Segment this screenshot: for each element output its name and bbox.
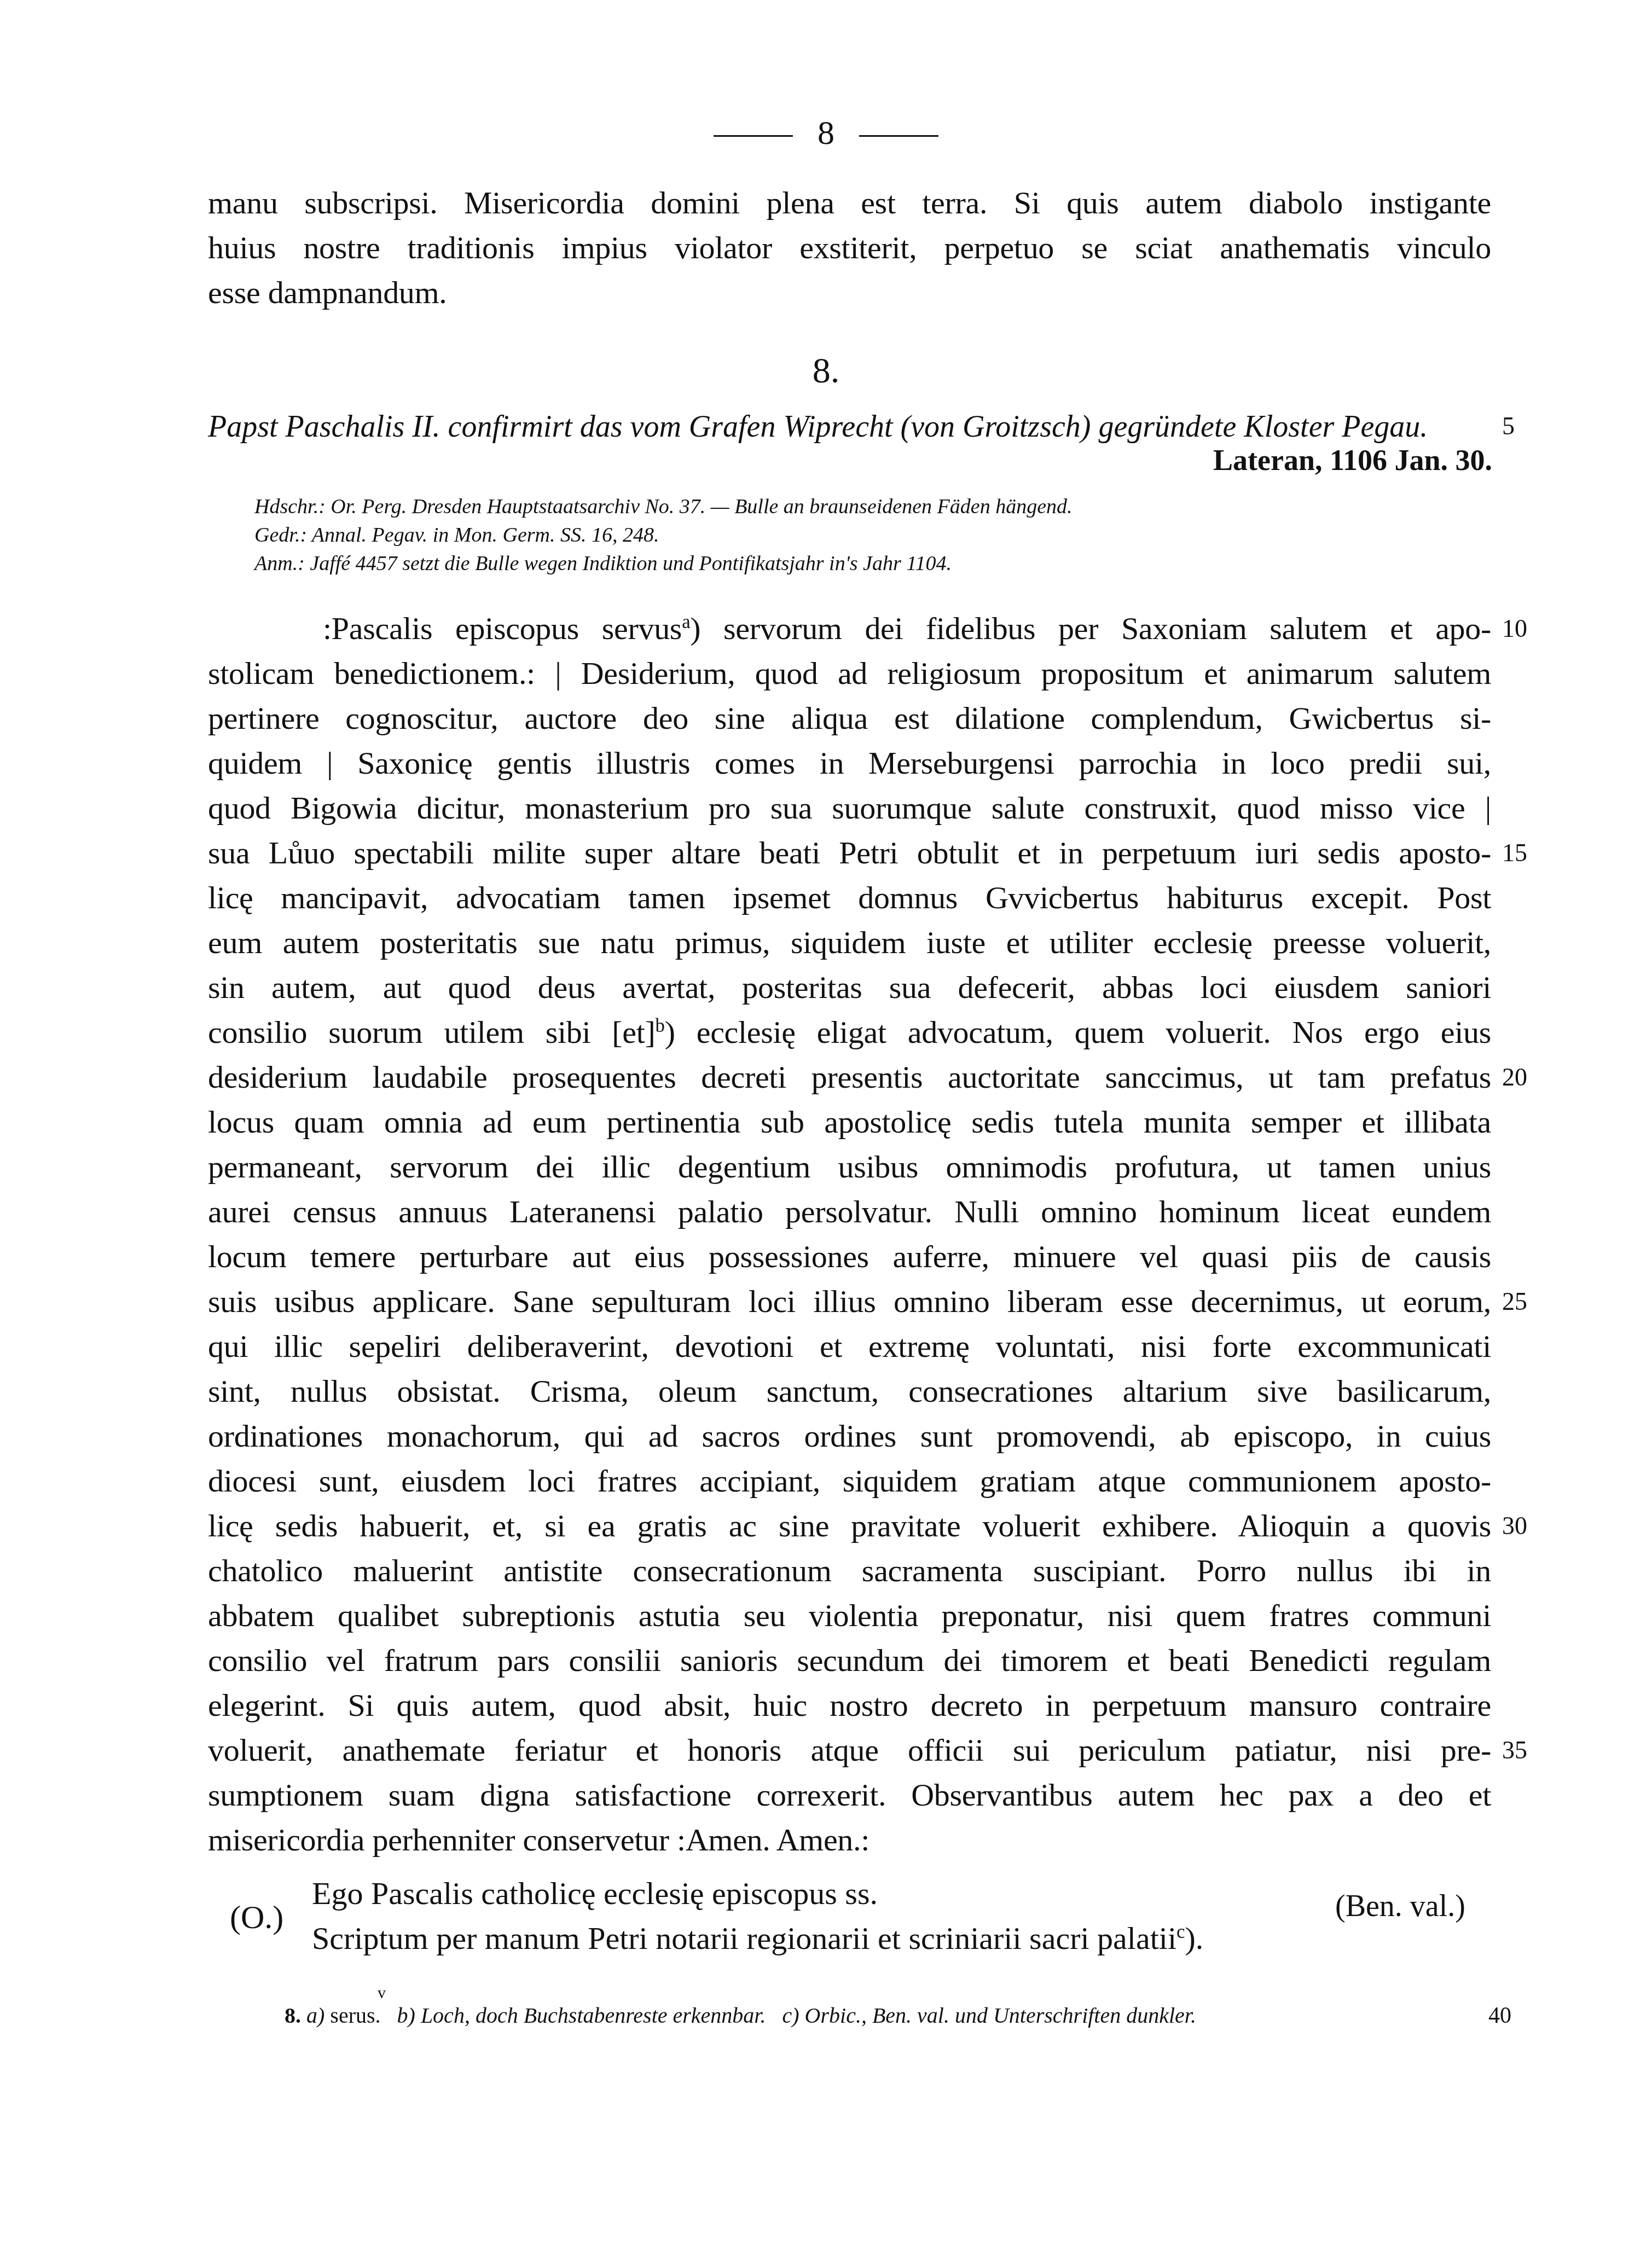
body-line: ordinationes monachorum, qui ad sacros o… [208, 1414, 1491, 1459]
body-line-text: sint, nullus obsistat. Crisma, oleum san… [208, 1373, 1491, 1409]
page-header: 8 [0, 114, 1652, 153]
continuation-line: huius nostre traditionis impius violator… [208, 225, 1491, 270]
header-dash-right [859, 135, 938, 137]
body-line: pertinere cognoscitur, auctore deo sine … [208, 696, 1491, 741]
page-number: 8 [818, 114, 834, 152]
footnote-c-label: c) [782, 2003, 799, 2028]
line-number: 10 [1502, 614, 1527, 643]
scribe-end: ). [1185, 1920, 1203, 1956]
body-line-text: misericordia perhenniter conservetur :Am… [208, 1822, 870, 1858]
body-line-rest: ) servorum dei fidelibus per Saxoniam sa… [690, 611, 1491, 646]
document-number: 8. [0, 350, 1652, 392]
body-line-text: aurei census annuus Lateranensi palatio … [208, 1194, 1491, 1229]
body-line: desiderium laudabile prosequentes decret… [208, 1055, 1491, 1100]
body-line-text: pertinere cognoscitur, auctore deo sine … [208, 700, 1491, 736]
scribe-subscription: Scriptum per manum Petri notarii regiona… [312, 1916, 1203, 1961]
body-line: consilio vel fratrum pars consilii sanio… [208, 1638, 1491, 1683]
body-line-text: suis usibus applicare. Sane sepulturam l… [208, 1284, 1491, 1319]
line-number: 30 [1502, 1511, 1527, 1540]
body-line-text: qui illic sepeliri deliberaverint, devot… [208, 1328, 1491, 1364]
subscription-lines: Ego Pascalis catholicę ecclesię episcopu… [312, 1871, 1203, 1961]
footnote-ref: a [682, 611, 690, 632]
body-line-text: locus quam omnia ad eum pertinentia sub … [208, 1104, 1491, 1140]
body-line: eum autem posteritatis sue natu primus, … [208, 920, 1491, 965]
footnote-a-label: a) [306, 2003, 324, 2028]
continuation-text: manu subscripsi. Misericordia domini ple… [208, 181, 1491, 315]
continuation-line: manu subscripsi. Misericordia domini ple… [208, 181, 1491, 225]
body-line-text: sua Lůuo spectabili milite super altare … [208, 835, 1491, 870]
body-line: :Pascalis episcopus servusa) servorum de… [208, 606, 1491, 651]
body-line-rest: ) ecclesię eligat advocatum, quem voluer… [665, 1014, 1491, 1050]
line-number: 35 [1502, 1736, 1527, 1765]
footnote-c-text: Orbic., Ben. val. und Unterschriften dun… [805, 2003, 1196, 2028]
note-manuscript: Hdschr.: Or. Perg. Dresden Hauptstaatsar… [254, 492, 1073, 521]
document-page: 8 manu subscripsi. Misericordia domini p… [0, 0, 1652, 2246]
place-date: Lateran, 1106 Jan. 30. [1213, 443, 1492, 477]
body-line: licę sedis habuerit, et, si ea gratis ac… [208, 1504, 1491, 1548]
body-line-text: voluerit, anathemate feriatur et honoris… [208, 1732, 1491, 1768]
body-line-text: quidem | Saxonicę gentis illustris comes… [208, 745, 1491, 781]
body-line: diocesi sunt, eiusdem loci fratres accip… [208, 1459, 1491, 1504]
body-line-text: sin autem, aut quod deus avertat, poster… [208, 970, 1491, 1005]
body-line: consilio suorum utilem sibi [et]b) eccle… [208, 1010, 1491, 1055]
body-line-text: eum autem posteritatis sue natu primus, … [208, 925, 1491, 960]
line-number: 5 [1502, 411, 1515, 440]
footnote-a-text: serus. [330, 2003, 380, 2028]
body-line-text: ordinationes monachorum, qui ad sacros o… [208, 1418, 1491, 1454]
footnote-doc-number: 8. [285, 2003, 301, 2028]
body-line-text: consilio suorum utilem sibi [et] [208, 1014, 656, 1050]
body-line-text: consilio vel fratrum pars consilii sanio… [208, 1643, 1491, 1678]
line-number: 15 [1502, 838, 1527, 867]
footnote-b-text: Loch, doch Buchstabenreste erkennbar. [421, 2003, 766, 2028]
rota-mark: (O.) [230, 1899, 283, 1936]
note-printed: Gedr.: Annal. Pegav. in Mon. Germ. SS. 1… [254, 521, 1073, 549]
document-title: Papst Paschalis II. confirmirt das vom G… [208, 409, 1491, 444]
body-line: sint, nullus obsistat. Crisma, oleum san… [208, 1369, 1491, 1414]
line-number: 20 [1502, 1063, 1527, 1092]
body-line: sua Lůuo spectabili milite super altare … [208, 831, 1491, 875]
body-line-text: quod Bigowia dicitur, monasterium pro su… [208, 790, 1491, 826]
body-line-text: abbatem qualibet subreptionis astutia se… [208, 1598, 1491, 1633]
body-line: misericordia perhenniter conservetur :Am… [208, 1818, 1491, 1862]
body-line-text: permaneant, servorum dei illic degentium… [208, 1149, 1491, 1185]
body-line: sin autem, aut quod deus avertat, poster… [208, 965, 1491, 1010]
header-dash-left [714, 135, 793, 137]
line-number: 40 [1488, 2003, 1511, 2029]
body-line: elegerint. Si quis autem, quod absit, hu… [208, 1683, 1491, 1728]
bene-valete-mark: (Ben. val.) [1335, 1889, 1465, 1924]
caron-mark: v [378, 1984, 386, 2003]
body-line: voluerit, anathemate feriatur et honoris… [208, 1728, 1491, 1773]
body-line-text: licę mancipavit, advocatiam tamen ipseme… [208, 880, 1491, 915]
body-line-text: licę sedis habuerit, et, si ea gratis ac… [208, 1508, 1491, 1543]
continuation-line: esse dampnandum. [208, 270, 1491, 315]
body-line-text: locum temere perturbare aut eius possess… [208, 1239, 1491, 1274]
body-line-text: sumptionem suam digna satisfactione corr… [208, 1777, 1491, 1813]
body-line: aurei census annuus Lateranensi palatio … [208, 1189, 1491, 1234]
body-line: stolicam benedictionem.: | Desiderium, q… [208, 651, 1491, 696]
editorial-notes: Hdschr.: Or. Perg. Dresden Hauptstaatsar… [254, 492, 1073, 578]
footnote-b-label: b) [397, 2003, 415, 2028]
document-body: :Pascalis episcopus servusa) servorum de… [208, 606, 1491, 1862]
body-line: permaneant, servorum dei illic degentium… [208, 1145, 1491, 1189]
scribe-text: Scriptum per manum Petri notarii regiona… [312, 1920, 1176, 1956]
body-line-text: chatolico maluerint antistite consecrati… [208, 1553, 1491, 1588]
body-line: quod Bigowia dicitur, monasterium pro su… [208, 786, 1491, 831]
body-line-text: :Pascalis episcopus servus [323, 611, 682, 646]
footnote-ref: b [656, 1015, 665, 1036]
body-line-text: diocesi sunt, eiusdem loci fratres accip… [208, 1463, 1491, 1499]
pope-subscription: Ego Pascalis catholicę ecclesię episcopu… [312, 1871, 1203, 1916]
footnote-ref-c: c [1176, 1921, 1185, 1942]
body-line: quidem | Saxonicę gentis illustris comes… [208, 741, 1491, 786]
body-line-text: stolicam benedictionem.: | Desiderium, q… [208, 655, 1491, 691]
note-remark: Anm.: Jaffé 4457 setzt die Bulle wegen I… [254, 549, 1073, 578]
body-line: qui illic sepeliri deliberaverint, devot… [208, 1324, 1491, 1369]
body-line: chatolico maluerint antistite consecrati… [208, 1548, 1491, 1593]
body-line-text: desiderium laudabile prosequentes decret… [208, 1059, 1491, 1095]
body-line: abbatem qualibet subreptionis astutia se… [208, 1593, 1491, 1638]
body-line: suis usibus applicare. Sane sepulturam l… [208, 1279, 1491, 1324]
body-line: locum temere perturbare aut eius possess… [208, 1234, 1491, 1279]
line-number: 25 [1502, 1287, 1527, 1316]
body-line-text: elegerint. Si quis autem, quod absit, hu… [208, 1687, 1491, 1723]
footnotes: 8. a) serus. b) Loch, doch Buchstabenres… [285, 2003, 1196, 2028]
body-line: locus quam omnia ad eum pertinentia sub … [208, 1100, 1491, 1145]
body-line: sumptionem suam digna satisfactione corr… [208, 1773, 1491, 1818]
body-line: licę mancipavit, advocatiam tamen ipseme… [208, 875, 1491, 920]
